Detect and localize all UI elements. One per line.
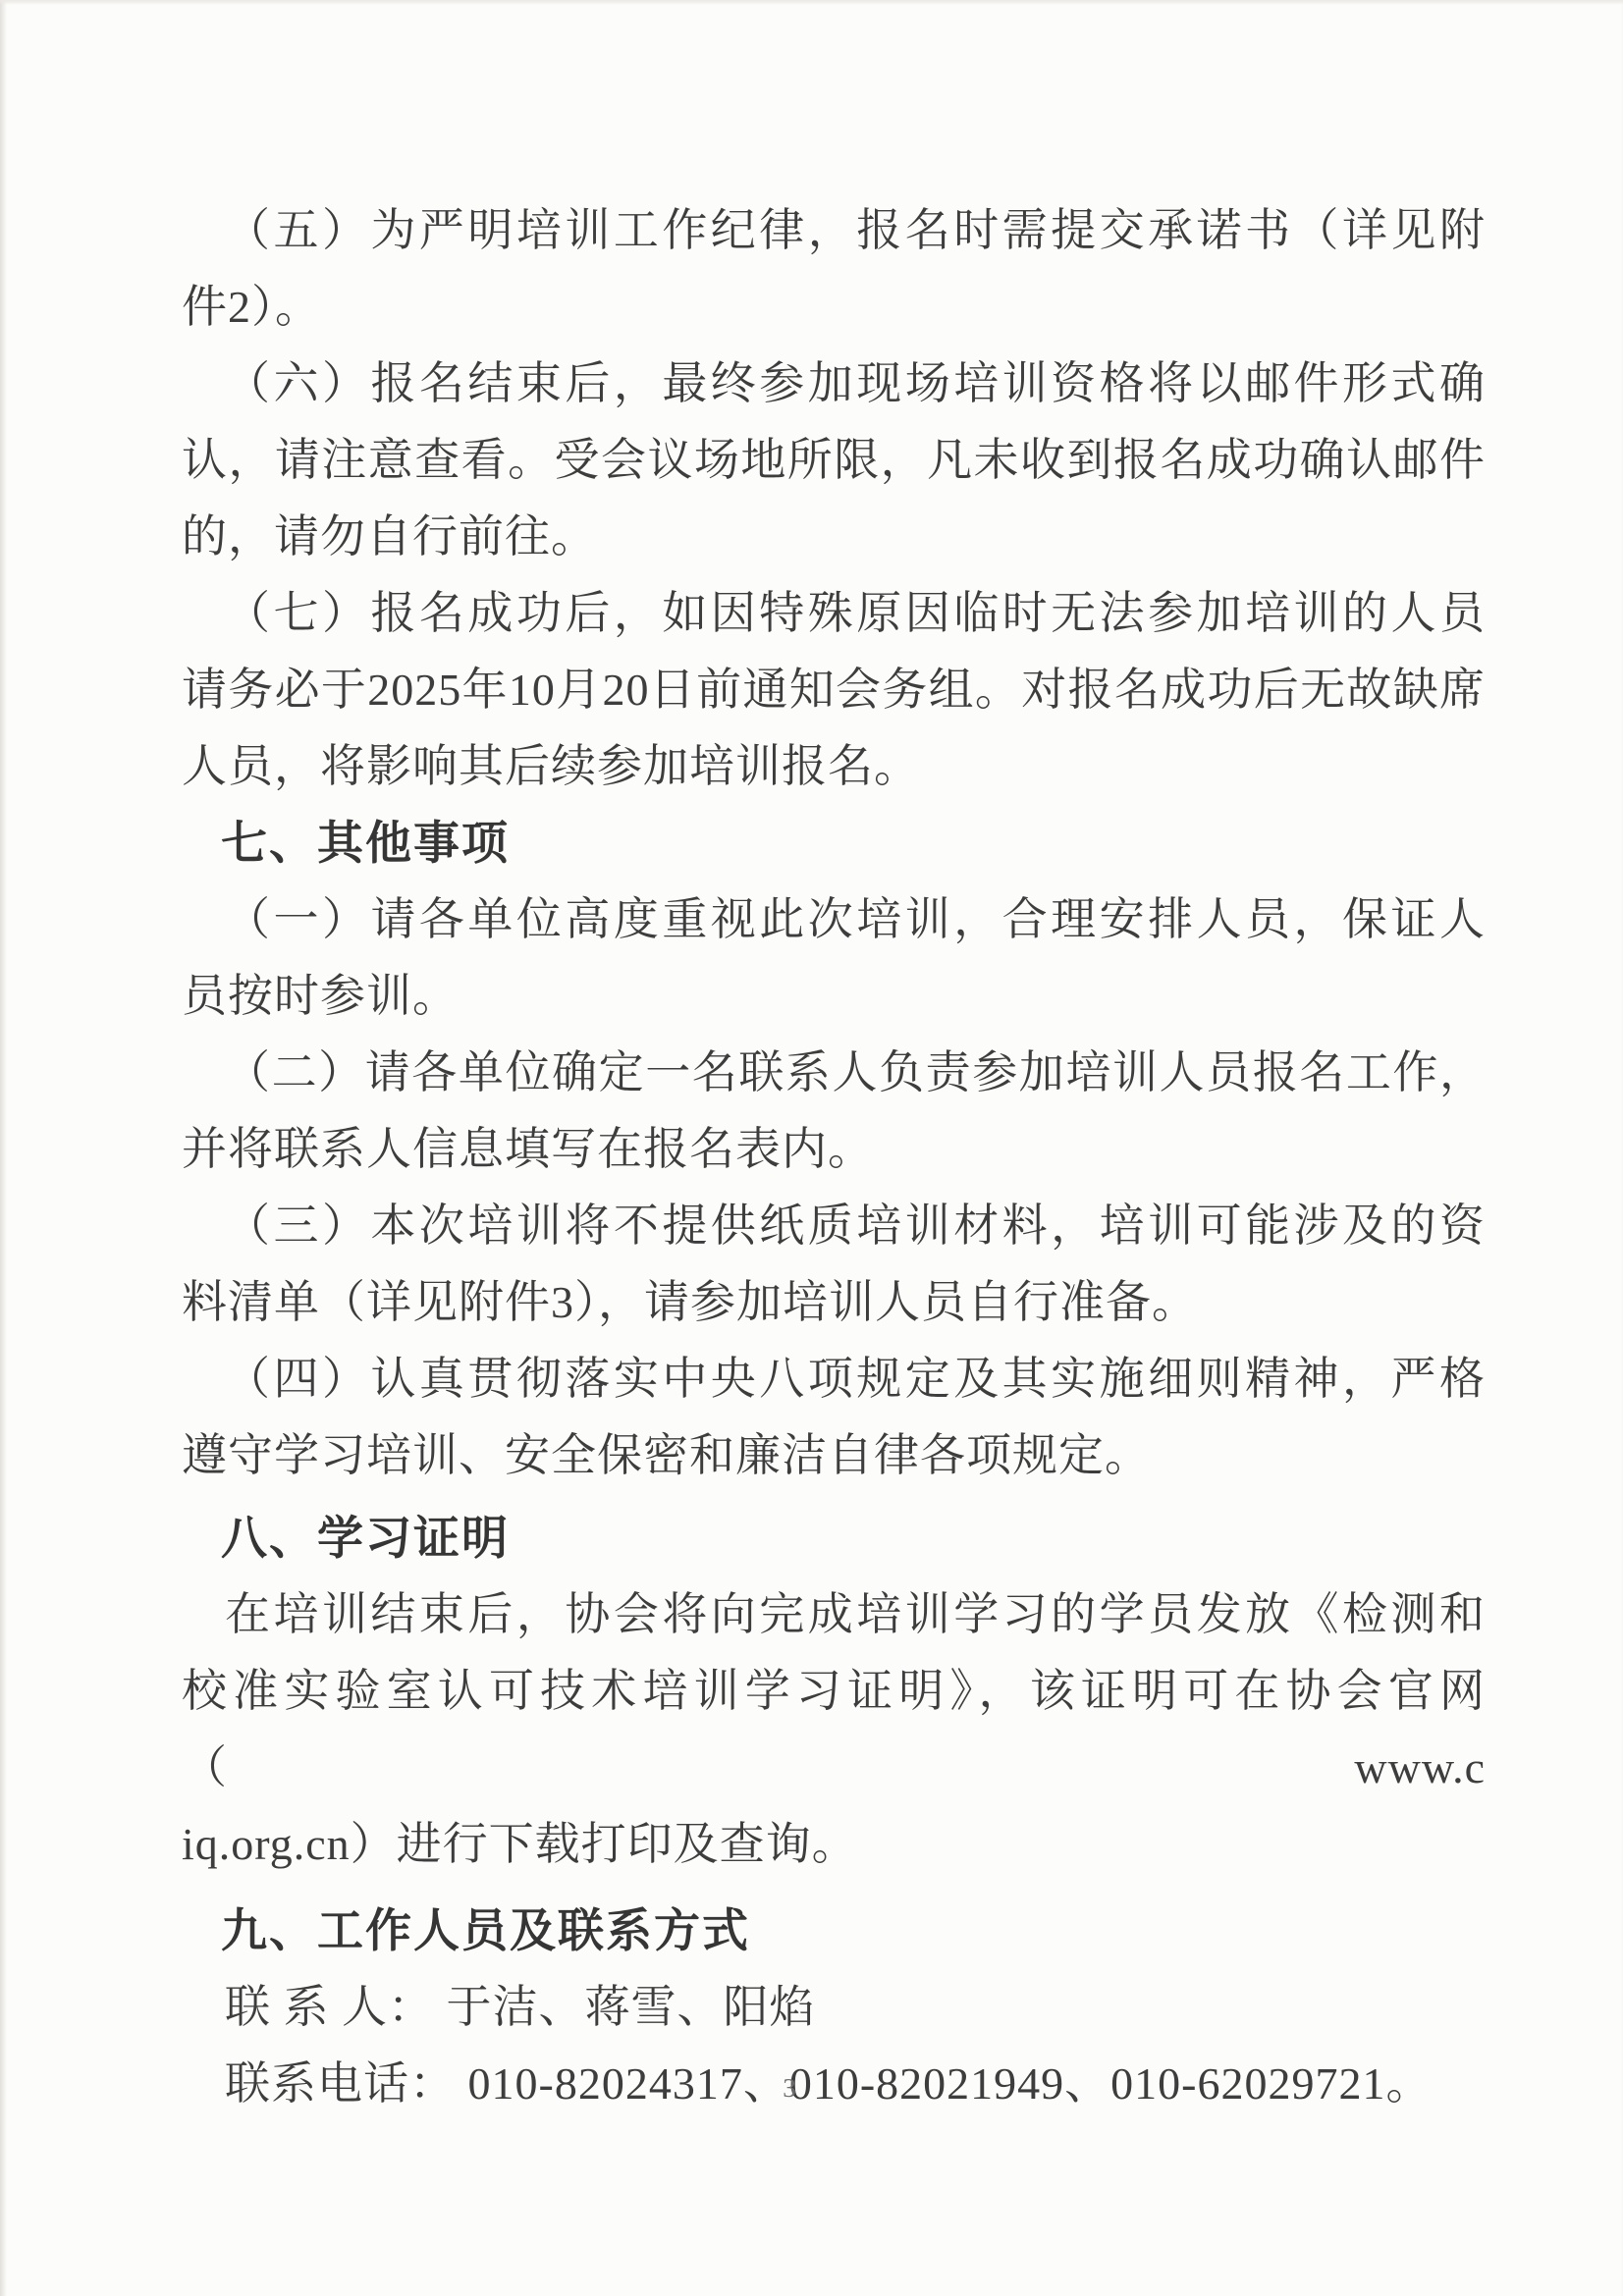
contact-person-line: 联 系 人： 于洁、蒋雪、阳焰 bbox=[182, 1969, 1486, 2046]
heading-study-certificate: 八、学习证明 bbox=[182, 1500, 1486, 1576]
text-line: 料清单（详见附件3），请参加培训人员自行准备。 bbox=[182, 1264, 1486, 1341]
scan-edge-shadow bbox=[0, 0, 1623, 5]
text-line: 在培训结束后，协会将向完成培训学习的学员发放《检测和 bbox=[182, 1576, 1486, 1653]
text-line: 的，请勿自行前往。 bbox=[182, 499, 1486, 575]
heading-staff-contact: 九、工作人员及联系方式 bbox=[182, 1893, 1486, 1969]
text-line: 员按时参训。 bbox=[182, 958, 1486, 1035]
text-line: iq.org.cn）进行下载打印及查询。 bbox=[182, 1806, 1486, 1883]
text-line: （六）报名结束后，最终参加现场培训资格将以邮件形式确 bbox=[182, 346, 1486, 422]
text-line: 认，请注意查看。受会议场地所限，凡未收到报名成功确认邮件 bbox=[182, 422, 1486, 499]
text-line: （五）为严明培训工作纪律，报名时需提交承诺书（详见附 bbox=[182, 192, 1486, 269]
para-item-4: （四）认真贯彻落实中央八项规定及其实施细则精神，严格 遵守学习培训、安全保密和廉… bbox=[182, 1341, 1486, 1494]
text-line: 校准实验室认可技术培训学习证明》，该证明可在协会官网（www.c bbox=[182, 1653, 1486, 1806]
para-item-3: （三）本次培训将不提供纸质培训材料，培训可能涉及的资 料清单（详见附件3），请参… bbox=[182, 1188, 1486, 1341]
text-line: 件2）。 bbox=[182, 269, 1486, 346]
text-line: （七）报名成功后，如因特殊原因临时无法参加培训的人员 bbox=[182, 575, 1486, 652]
para-item-7: （七）报名成功后，如因特殊原因临时无法参加培训的人员 请务必于2025年10月2… bbox=[182, 575, 1486, 805]
page-number: 3 bbox=[0, 2073, 1579, 2104]
scan-edge-shadow bbox=[0, 0, 7, 2296]
text-line: （四）认真贯彻落实中央八项规定及其实施细则精神，严格 bbox=[182, 1341, 1486, 1417]
scanned-document-page: （五）为严明培训工作纪律，报名时需提交承诺书（详见附 件2）。 （六）报名结束后… bbox=[0, 0, 1623, 2296]
text-line: （一）请各单位高度重视此次培训，合理安排人员，保证人 bbox=[182, 881, 1486, 958]
para-item-2: （二）请各单位确定一名联系人负责参加培训人员报名工作， 并将联系人信息填写在报名… bbox=[182, 1035, 1486, 1188]
text-line: 人员，将影响其后续参加培训报名。 bbox=[182, 728, 1486, 805]
para-item-6: （六）报名结束后，最终参加现场培训资格将以邮件形式确 认，请注意查看。受会议场地… bbox=[182, 346, 1486, 575]
text-line: 请务必于2025年10月20日前通知会务组。对报名成功后无故缺席 bbox=[182, 652, 1486, 728]
para-item-1: （一）请各单位高度重视此次培训，合理安排人员，保证人 员按时参训。 bbox=[182, 881, 1486, 1035]
para-certificate: 在培训结束后，协会将向完成培训学习的学员发放《检测和 校准实验室认可技术培训学习… bbox=[182, 1576, 1486, 1883]
text-line: 联 系 人： 于洁、蒋雪、阳焰 bbox=[182, 1969, 1486, 2046]
text-line: （二）请各单位确定一名联系人负责参加培训人员报名工作， bbox=[182, 1035, 1486, 1111]
text-line: 遵守学习培训、安全保密和廉洁自律各项规定。 bbox=[182, 1417, 1486, 1494]
para-item-5: （五）为严明培训工作纪律，报名时需提交承诺书（详见附 件2）。 bbox=[182, 192, 1486, 346]
text-line: （三）本次培训将不提供纸质培训材料，培训可能涉及的资 bbox=[182, 1188, 1486, 1264]
text-line: 并将联系人信息填写在报名表内。 bbox=[182, 1111, 1486, 1188]
document-body: （五）为严明培训工作纪律，报名时需提交承诺书（详见附 件2）。 （六）报名结束后… bbox=[182, 192, 1486, 2122]
heading-other-matters: 七、其他事项 bbox=[182, 805, 1486, 881]
